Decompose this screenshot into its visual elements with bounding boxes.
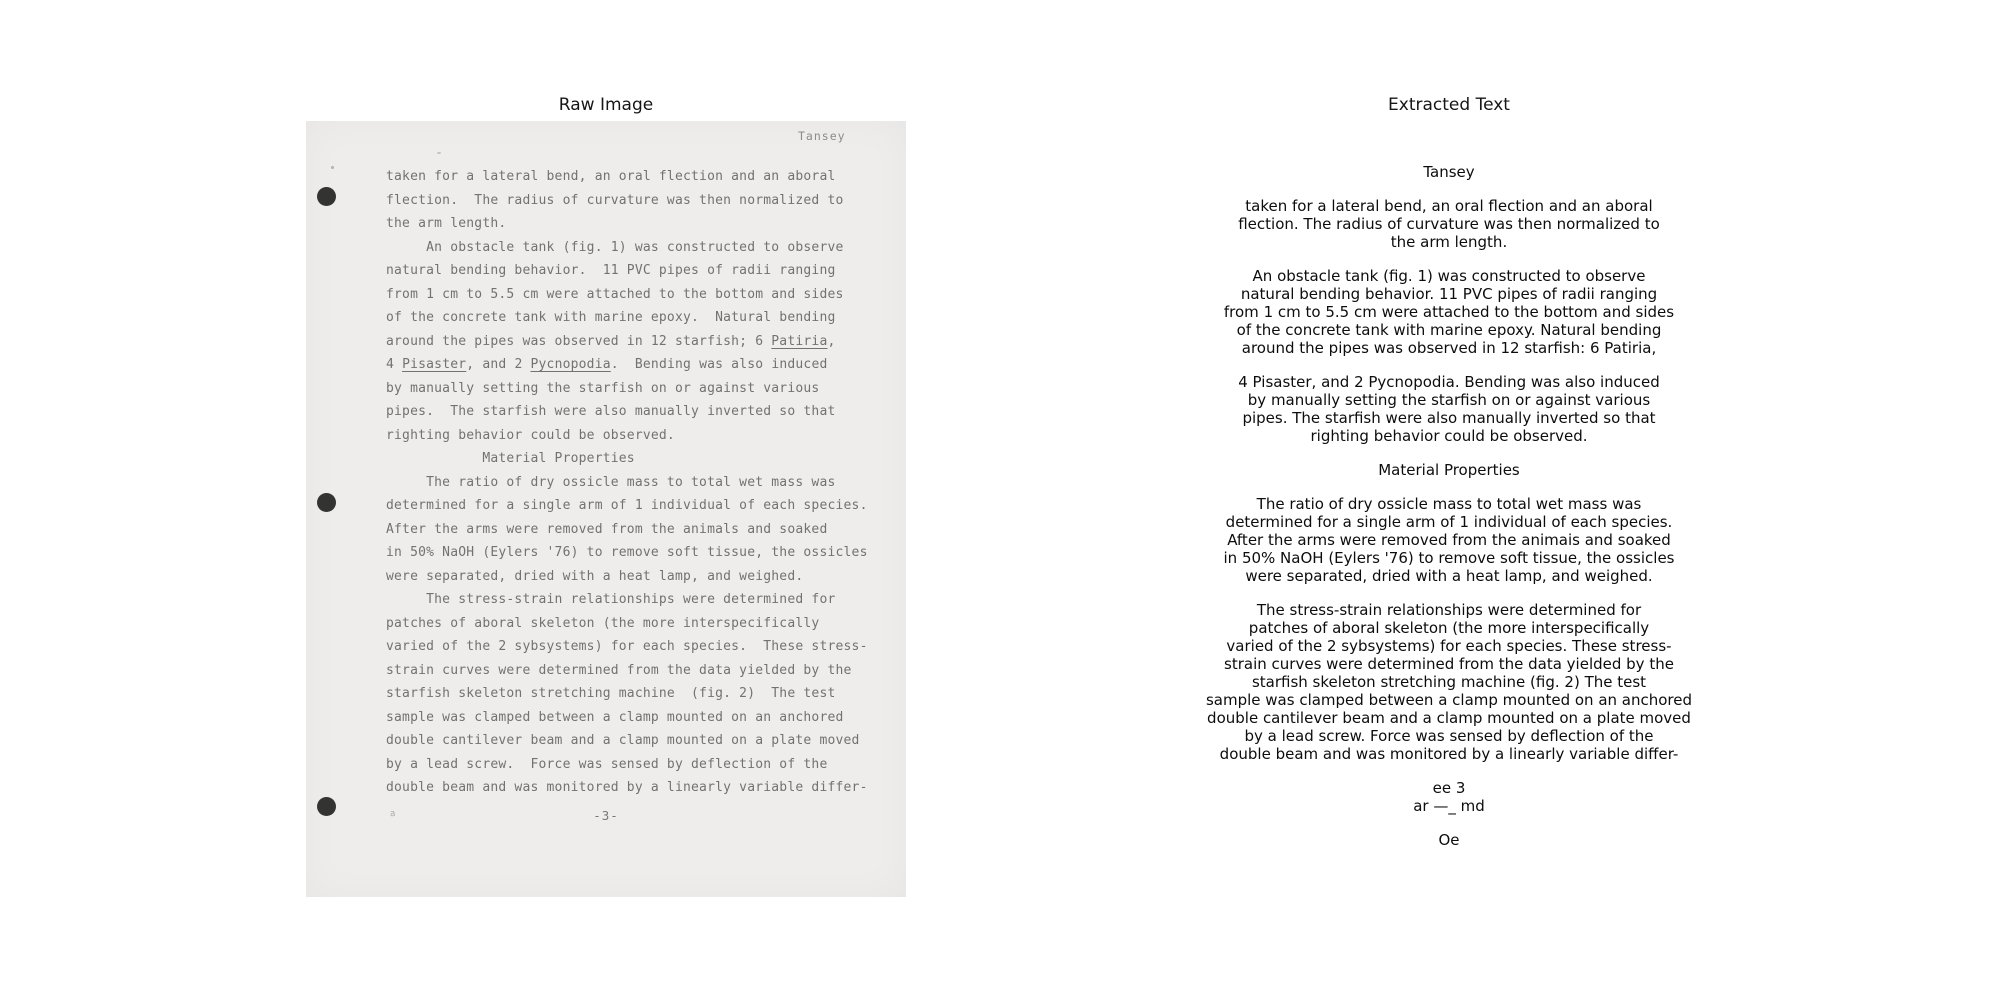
text-line: in 50% NaOH (Eylers '76) to remove soft … bbox=[1159, 549, 1739, 567]
text-line: righting behavior could be observed. bbox=[386, 424, 876, 448]
text-line: pipes. The starfish were also manually i… bbox=[386, 400, 876, 424]
scanned-document-page: Tansey taken for a lateral bend, an oral… bbox=[306, 121, 906, 897]
text-line: The ratio of dry ossicle mass to total w… bbox=[1159, 495, 1739, 513]
text-paragraph: Oe bbox=[1159, 831, 1739, 849]
text-line: An obstacle tank (fig. 1) was constructe… bbox=[386, 236, 876, 260]
text-line: patches of aboral skeleton (the more int… bbox=[1159, 619, 1739, 637]
hole-punch-dot bbox=[317, 493, 336, 512]
text-line: by manually setting the starfish on or a… bbox=[386, 377, 876, 401]
text-line: varied of the 2 sybsystems) for each spe… bbox=[1159, 637, 1739, 655]
text-line: determined for a single arm of 1 individ… bbox=[386, 494, 876, 518]
text-line: around the pipes was observed in 12 star… bbox=[1159, 339, 1739, 357]
text-line: Oe bbox=[1159, 831, 1739, 849]
text-line: starfish skeleton stretching machine (fi… bbox=[386, 682, 876, 706]
text-line: 4 Pisaster, and 2 Pycnopodia. Bending wa… bbox=[1159, 373, 1739, 391]
text-line: After the arms were removed from the ani… bbox=[386, 518, 876, 542]
raw-image-panel-title: Raw Image bbox=[306, 95, 906, 115]
extracted-text-body: Tanseytaken for a lateral bend, an oral … bbox=[1159, 163, 1739, 865]
text-line: sample was clamped between a clamp mount… bbox=[386, 706, 876, 730]
text-line: Tansey bbox=[1159, 163, 1739, 181]
text-line: An obstacle tank (fig. 1) was constructe… bbox=[1159, 267, 1739, 285]
text-line: The stress-strain relationships were det… bbox=[386, 588, 876, 612]
text-line: natural bending behavior. 11 PVC pipes o… bbox=[386, 259, 876, 283]
text-line: strain curves were determined from the d… bbox=[1159, 655, 1739, 673]
text-line: varied of the 2 sybsystems) for each spe… bbox=[386, 635, 876, 659]
text-line: Material Properties bbox=[1159, 461, 1739, 479]
ink-smudge: a bbox=[389, 809, 396, 820]
text-line: ee 3 bbox=[1159, 779, 1739, 797]
text-line: from 1 cm to 5.5 cm were attached to the… bbox=[386, 283, 876, 307]
paper-speck bbox=[330, 165, 334, 169]
text-line: ar —_ md bbox=[1159, 797, 1739, 815]
hole-punch-dot bbox=[317, 187, 336, 206]
text-line: 4 Pisaster, and 2 Pycnopodia. Bending wa… bbox=[386, 353, 876, 377]
page-number: -3- bbox=[306, 808, 906, 823]
text-line: the arm length. bbox=[1159, 233, 1739, 251]
text-line: flection. The radius of curvature was th… bbox=[386, 189, 876, 213]
text-line: double beam and was monitored by a linea… bbox=[1159, 745, 1739, 763]
text-line: the arm length. bbox=[386, 212, 876, 236]
text-line: pipes. The starfish were also manually i… bbox=[1159, 409, 1739, 427]
text-paragraph: The stress-strain relationships were det… bbox=[1159, 601, 1739, 763]
text-paragraph: An obstacle tank (fig. 1) was constructe… bbox=[1159, 267, 1739, 357]
typewritten-body-text: taken for a lateral bend, an oral flecti… bbox=[386, 165, 876, 800]
text-line: The stress-strain relationships were det… bbox=[1159, 601, 1739, 619]
text-paragraph: Material Properties bbox=[1159, 461, 1739, 479]
text-line: by manually setting the starfish on or a… bbox=[1159, 391, 1739, 409]
text-line: of the concrete tank with marine epoxy. … bbox=[386, 306, 876, 330]
text-line: determined for a single arm of 1 individ… bbox=[1159, 513, 1739, 531]
text-line: double cantilever beam and a clamp mount… bbox=[1159, 709, 1739, 727]
text-line: in 50% NaOH (Eylers '76) to remove soft … bbox=[386, 541, 876, 565]
text-line: around the pipes was observed in 12 star… bbox=[386, 330, 876, 354]
text-line: taken for a lateral bend, an oral flecti… bbox=[1159, 197, 1739, 215]
text-line: from 1 cm to 5.5 cm were attached to the… bbox=[1159, 303, 1739, 321]
text-line: Material Properties bbox=[386, 447, 876, 471]
extracted-text-panel-title: Extracted Text bbox=[1159, 95, 1739, 115]
text-line: were separated, dried with a heat lamp, … bbox=[386, 565, 876, 589]
text-line: strain curves were determined from the d… bbox=[386, 659, 876, 683]
text-line: sample was clamped between a clamp mount… bbox=[1159, 691, 1739, 709]
text-line: by a lead screw. Force was sensed by def… bbox=[386, 753, 876, 777]
text-line: natural bending behavior. 11 PVC pipes o… bbox=[1159, 285, 1739, 303]
text-line: starfish skeleton stretching machine (fi… bbox=[1159, 673, 1739, 691]
text-line: The ratio of dry ossicle mass to total w… bbox=[386, 471, 876, 495]
text-paragraph: 4 Pisaster, and 2 Pycnopodia. Bending wa… bbox=[1159, 373, 1739, 445]
paper-speck bbox=[437, 152, 441, 154]
text-line: of the concrete tank with marine epoxy. … bbox=[1159, 321, 1739, 339]
text-line: were separated, dried with a heat lamp, … bbox=[1159, 567, 1739, 585]
text-line: double cantilever beam and a clamp mount… bbox=[386, 729, 876, 753]
text-line: patches of aboral skeleton (the more int… bbox=[386, 612, 876, 636]
page-header-author: Tansey bbox=[798, 129, 846, 143]
text-line: righting behavior could be observed. bbox=[1159, 427, 1739, 445]
text-line: by a lead screw. Force was sensed by def… bbox=[1159, 727, 1739, 745]
text-line: After the arms were removed from the ani… bbox=[1159, 531, 1739, 549]
text-line: taken for a lateral bend, an oral flecti… bbox=[386, 165, 876, 189]
text-paragraph: taken for a lateral bend, an oral flecti… bbox=[1159, 197, 1739, 251]
text-line: double beam and was monitored by a linea… bbox=[386, 776, 876, 800]
text-paragraph: Tansey bbox=[1159, 163, 1739, 181]
text-line: flection. The radius of curvature was th… bbox=[1159, 215, 1739, 233]
text-paragraph: ee 3ar —_ md bbox=[1159, 779, 1739, 815]
text-paragraph: The ratio of dry ossicle mass to total w… bbox=[1159, 495, 1739, 585]
